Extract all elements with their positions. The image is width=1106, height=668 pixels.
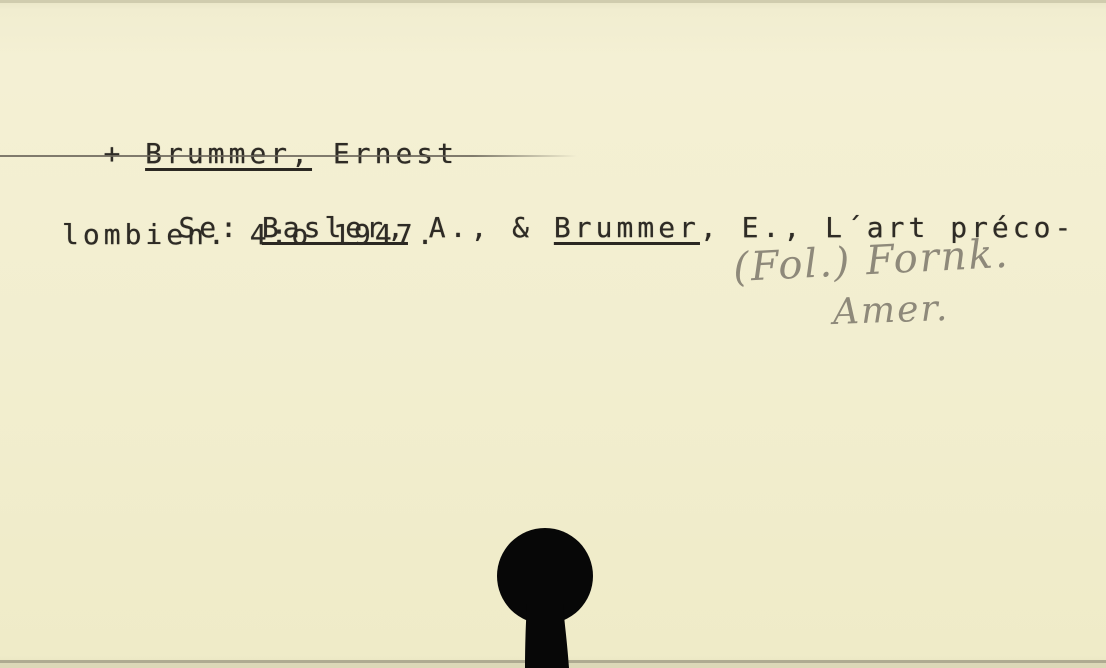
card-top-edge bbox=[0, 0, 1106, 3]
reference-line-2: lombien. 4:o 1947. bbox=[62, 221, 437, 249]
heading-plus-mark: + bbox=[103, 137, 145, 170]
heading-forename: Ernest bbox=[312, 137, 458, 170]
card-heading: + Brummer, Ernest bbox=[20, 112, 458, 196]
heading-rule-line bbox=[0, 155, 577, 157]
catalog-card-scan: + Brummer, Ernest Se: Basler, A., & Brum… bbox=[0, 0, 1106, 668]
pencil-annotation-line-2: Amer. bbox=[832, 288, 950, 333]
heading-surname: Brummer, bbox=[145, 137, 312, 170]
keyhole-punch-hole bbox=[468, 522, 618, 668]
reference-author-brummer: Brummer bbox=[554, 211, 700, 244]
